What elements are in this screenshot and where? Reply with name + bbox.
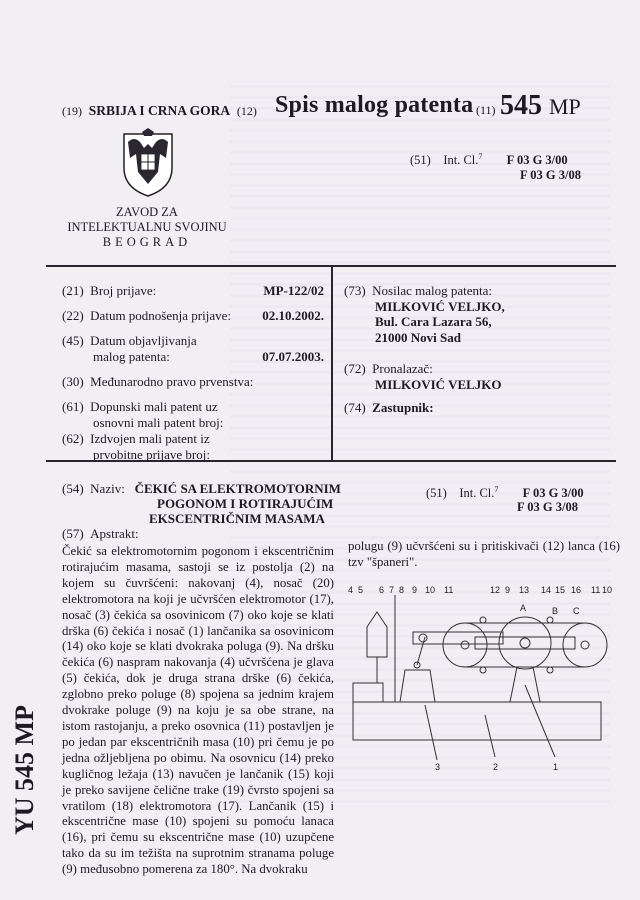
ipc-label: Int. Cl. [443, 153, 478, 167]
country-header: (19) SRBIJA I CRNA GORA (12) [62, 103, 257, 119]
technical-drawing: 4567891011129131415161110 [345, 585, 630, 800]
abstract-text: Čekić sa elektromotornim pogonom i eksce… [62, 544, 334, 878]
drawing-section-label: C [573, 606, 580, 616]
drawing-part-label: 1 [553, 762, 558, 772]
drawing-section-label: A [520, 603, 526, 613]
drawing-part-label: 9 [412, 585, 417, 595]
ipc-top: (51) Int. Cl.7 F 03 G 3/00 [410, 152, 568, 168]
drawing-part-label: 11 [591, 585, 600, 595]
drawing-part-label: 14 [541, 585, 551, 595]
ipc-bottom: (51) Int. Cl.7 F 03 G 3/00 [426, 485, 584, 501]
field-inventor: (72) Pronalazač: MILKOVIĆ VELJKO [344, 361, 502, 392]
patent-number: 545 MP [500, 90, 581, 122]
drawing-part-label: 11 [444, 585, 453, 595]
side-patent-label: YU 545 MP [10, 705, 40, 835]
country-code: (19) [62, 104, 82, 118]
drawing-part-label: 6 [379, 585, 384, 595]
institution-line-3: BEOGRAD [62, 235, 232, 250]
drawing-part-label: 5 [358, 585, 363, 595]
drawing-part-label: 15 [555, 585, 565, 595]
patent-number-code: (11) [476, 103, 496, 118]
double-headed-eagle-emblem-icon [118, 128, 178, 198]
patent-document-page: (19) SRBIJA I CRNA GORA (12) Spis malog … [0, 0, 640, 900]
drawing-part-label: 16 [571, 585, 581, 595]
country-name: SRBIJA I CRNA GORA [89, 103, 230, 118]
drawing-section-label: B [552, 606, 558, 616]
field-application-number: (21) Broj prijave: MP-122/02 [62, 283, 324, 299]
abstract-heading: (57) Apstrakt: [62, 526, 139, 542]
ipc-class-2: F 03 G 3/08 [520, 168, 581, 183]
drawing-part-label: 2 [493, 762, 498, 772]
abstract-continuation: polugu (9) učvršćeni su i pritiskivači (… [348, 539, 620, 571]
invention-title: (54) Naziv: ČEKIĆ SA ELEKTROMOTORNIM POG… [62, 481, 341, 526]
divider-vertical [331, 265, 333, 460]
ipc-edition: 7 [478, 152, 482, 161]
field-agent: (74) Zastupnik: [344, 400, 434, 416]
drawing-part-label: 4 [348, 585, 353, 595]
field-publication-date: (45) Datum objavljivanja malog patenta: … [62, 333, 324, 365]
patent-number-value: 545 [500, 90, 542, 121]
drawing-part-label: 8 [399, 585, 404, 595]
drawing-part-label: 13 [519, 585, 529, 595]
drawing-part-label: 7 [389, 585, 394, 595]
field-patent-holder: (73) Nosilac malog patenta: MILKOVIĆ VEL… [344, 283, 505, 345]
institution-line-2: INTELEKTUALNU SVOJINU [62, 220, 232, 235]
institution-line-1: ZAVOD ZA [62, 205, 232, 220]
drawing-part-label: 10 [602, 585, 612, 595]
drawing-part-label: 3 [435, 762, 440, 772]
drawing-part-label: 9 [505, 585, 510, 595]
doc-code: (12) [237, 104, 257, 118]
field-priority: (30) Međunarodno pravo prvenstva: [62, 374, 253, 390]
ipc-code: (51) [410, 153, 431, 167]
field-supplementary-patent: (61) Dopunski mali patent uz osnovni mal… [62, 399, 223, 431]
patent-number-suffix: MP [549, 94, 581, 119]
ipc-bottom-class-2: F 03 G 3/08 [517, 500, 578, 515]
field-divisional-patent: (62) Izdvojen mali patent iz prvobitne p… [62, 431, 210, 463]
drawing-part-label: 10 [425, 585, 435, 595]
drawing-part-label: 12 [490, 585, 500, 595]
ipc-class-1: F 03 G 3/00 [507, 153, 568, 167]
field-filing-date: (22) Datum podnošenja prijave: 02.10.200… [62, 308, 324, 324]
document-title: Spis malog patenta [275, 92, 473, 119]
